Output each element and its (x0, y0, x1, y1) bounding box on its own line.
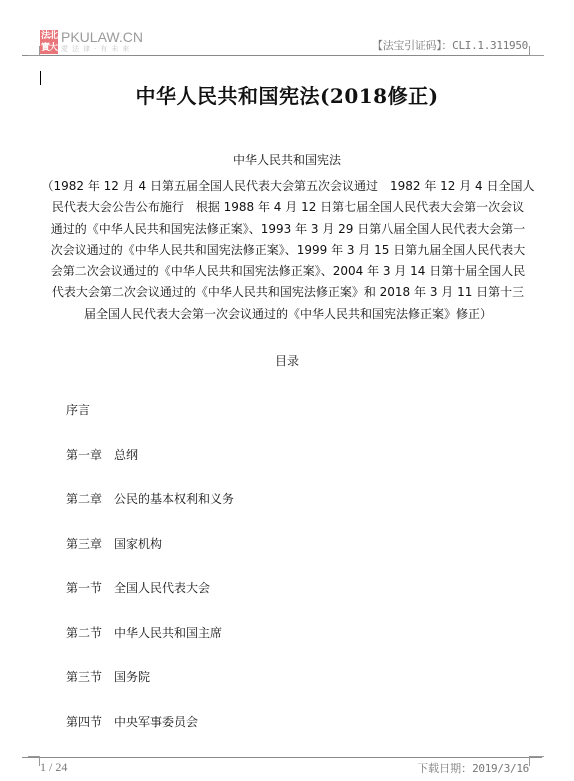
pkulaw-logo-badge-icon: 法北 實大 (40, 30, 58, 54)
enactment-note-line: 会第二次会议通过的《中华人民共和国宪法修正案》、2004 年 3 月 14 日第… (40, 261, 536, 282)
download-date: 下载日期：2019/3/16 (417, 760, 529, 776)
download-date-label: 下载日期： (417, 762, 472, 775)
toc-item-number: 第三节 (66, 667, 114, 687)
enactment-note-line: 届全国人民代表大会第一次会议通过的《中华人民共和国宪法修正案》修正） (40, 304, 536, 325)
toc-item-section-3[interactable]: 第三节国务院 (66, 667, 234, 712)
enactment-note-line: 次会议通过的《中华人民共和国宪法修正案》、1999 年 3 月 15 日第九届全… (40, 240, 536, 261)
citation-code: 【法宝引证码】：CLI.1.311950 (372, 37, 528, 53)
page-corner-mark-bottom-right (529, 756, 544, 766)
page-corner-mark-bottom-left (28, 756, 40, 766)
toc-item-number: 第二章 (66, 489, 114, 509)
toc-item-section-2[interactable]: 第二节中华人民共和国主席 (66, 623, 234, 668)
download-date-value: 2019/3/16 (472, 762, 529, 775)
toc-item-text: 序言 (66, 403, 90, 417)
footer-divider (22, 757, 542, 758)
toc-item-section-1[interactable]: 第一节全国人民代表大会 (66, 578, 234, 623)
document-title: 中华人民共和国宪法(2018修正) (0, 80, 574, 109)
toc-item-text: 总纲 (114, 448, 138, 462)
enactment-note-line: （1982 年 12 月 4 日第五届全国人民代表大会第五次会议通过 1982 … (40, 176, 536, 197)
page-corner-mark-top-right (529, 46, 544, 56)
toc-item-chapter-3[interactable]: 第三章国家机构 (66, 534, 234, 579)
toc-item-number: 第二节 (66, 623, 114, 643)
pkulaw-logo: 法北 實大 PKULAW.CN 愛法律·有未來 (40, 30, 143, 56)
document-page: 法北 實大 PKULAW.CN 愛法律·有未來 【法宝引证码】：CLI.1.31… (0, 0, 574, 781)
logo-badge-top: 法北 (40, 30, 58, 42)
toc-item-preface[interactable]: 序言 (66, 400, 234, 445)
enactment-note-line: 通过的《中华人民共和国宪法修正案》、1993 年 3 月 29 日第八届全国人民… (40, 219, 536, 240)
logo-badge-bottom: 實大 (40, 42, 58, 54)
toc-item-number: 第一节 (66, 578, 114, 598)
toc-item-chapter-2[interactable]: 第二章公民的基本权利和义务 (66, 489, 234, 534)
toc-item-text: 中央军事委员会 (114, 715, 198, 729)
citation-code-value: CLI.1.311950 (452, 39, 528, 52)
toc-item-number: 第一章 (66, 445, 114, 465)
toc-item-text: 中华人民共和国主席 (114, 626, 222, 640)
toc-heading: 目录 (0, 352, 574, 369)
toc-item-text: 公民的基本权利和义务 (114, 492, 234, 506)
header-divider (22, 55, 540, 56)
toc-item-text: 全国人民代表大会 (114, 581, 210, 595)
page-indicator: 1 / 24 (40, 760, 67, 775)
toc-item-text: 国务院 (114, 670, 150, 684)
enactment-note: （1982 年 12 月 4 日第五届全国人民代表大会第五次会议通过 1982 … (40, 176, 536, 325)
toc-item-chapter-1[interactable]: 第一章总纲 (66, 445, 234, 490)
toc-item-section-4[interactable]: 第四节中央军事委员会 (66, 712, 234, 757)
toc-item-text: 国家机构 (114, 537, 162, 551)
page-corner-mark-top-left (28, 46, 40, 56)
table-of-contents: 序言 第一章总纲 第二章公民的基本权利和义务 第三章国家机构 第一节全国人民代表… (66, 400, 234, 756)
logo-text: PKULAW.CN 愛法律·有未來 (61, 30, 143, 54)
logo-tagline: 愛法律·有未來 (61, 44, 143, 54)
toc-item-number: 第四节 (66, 712, 114, 732)
document-subtitle: 中华人民共和国宪法 (0, 151, 574, 168)
enactment-note-line: 民代表大会公告公布施行 根据 1988 年 4 月 12 日第七届全国人民代表大… (40, 197, 536, 218)
logo-brand: PKULAW.CN (61, 30, 143, 44)
citation-code-separator: ： (441, 39, 452, 52)
citation-code-label: 【法宝引证码】 (372, 39, 441, 52)
enactment-note-line: 代表大会第二次会议通过的《中华人民共和国宪法修正案》和 2018 年 3 月 1… (40, 282, 536, 303)
toc-item-number: 第三章 (66, 534, 114, 554)
